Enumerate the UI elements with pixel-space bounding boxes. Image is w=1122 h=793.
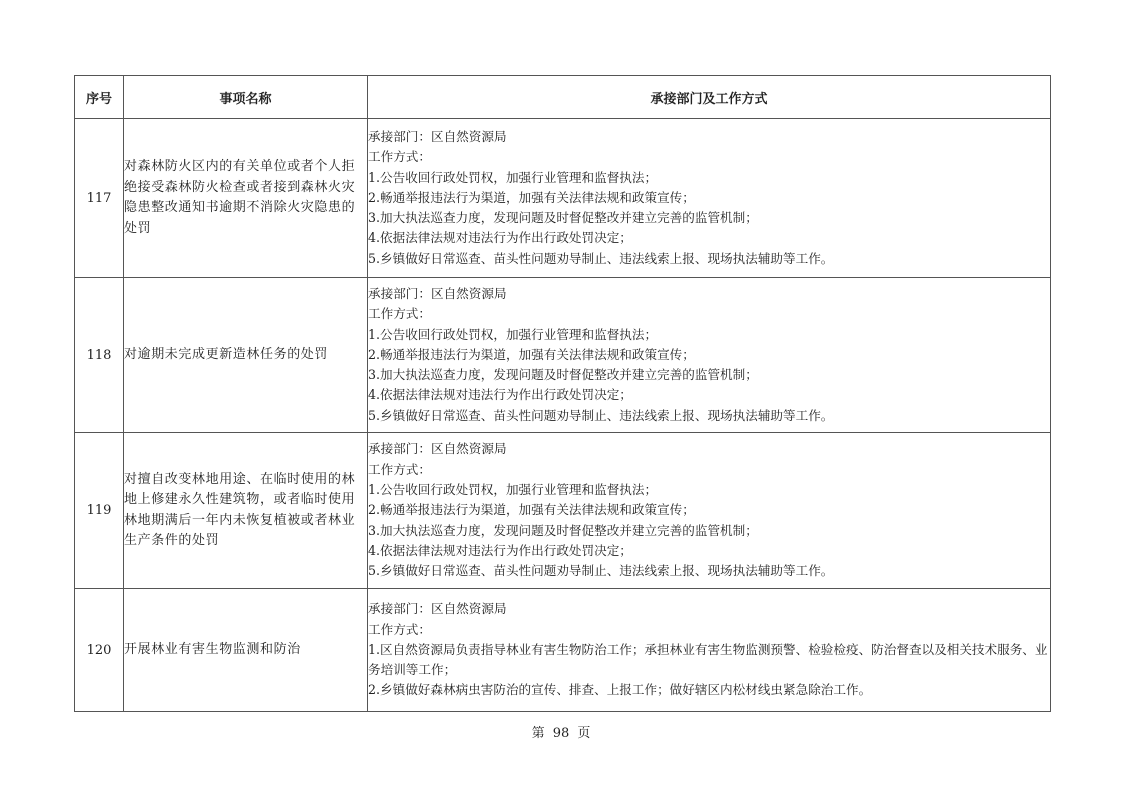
method-item: 4.依据法律法规对违法行为作出行政处罚决定； — [368, 385, 1050, 405]
header-serial-number: 序号 — [75, 76, 124, 119]
method-item: 1.公告收回行政处罚权，加强行业管理和监督执法； — [368, 168, 1050, 188]
row-number: 117 — [75, 119, 124, 278]
method-item: 2.畅通举报违法行为渠道，加强有关法律法规和政策宣传； — [368, 500, 1050, 520]
method-item: 3.加大执法巡查力度，发现问题及时督促整改并建立完善的监管机制； — [368, 208, 1050, 228]
department-and-method: 承接部门：区自然资源局 工作方式： 1.公告收回行政处罚权，加强行业管理和监督执… — [368, 278, 1051, 433]
department-and-method: 承接部门：区自然资源局 工作方式： 1.区自然资源局负责指导林业有害生物防治工作… — [368, 589, 1051, 712]
table-row: 118 对逾期未完成更新造林任务的处罚 承接部门：区自然资源局 工作方式： 1.… — [75, 278, 1051, 433]
method-item: 5.乡镇做好日常巡查、苗头性问题劝导制止、违法线索上报、现场执法辅助等工作。 — [368, 249, 1050, 269]
matter-name: 对擅自改变林地用途、在临时使用的林地上修建永久性建筑物，或者临时使用林地期满后一… — [124, 433, 368, 589]
row-number: 118 — [75, 278, 124, 433]
method-label: 工作方式： — [368, 304, 1050, 324]
method-item: 4.依据法律法规对违法行为作出行政处罚决定； — [368, 541, 1050, 561]
matter-name: 对逾期未完成更新造林任务的处罚 — [124, 278, 368, 433]
method-item: 5.乡镇做好日常巡查、苗头性问题劝导制止、违法线索上报、现场执法辅助等工作。 — [368, 406, 1050, 426]
method-item: 1.公告收回行政处罚权，加强行业管理和监督执法； — [368, 325, 1050, 345]
method-item: 4.依据法律法规对违法行为作出行政处罚决定； — [368, 228, 1050, 248]
method-label: 工作方式： — [368, 147, 1050, 167]
method-item: 2.畅通举报违法行为渠道，加强有关法律法规和政策宣传； — [368, 188, 1050, 208]
department-and-method: 承接部门：区自然资源局 工作方式： 1.公告收回行政处罚权，加强行业管理和监督执… — [368, 119, 1051, 278]
department-line: 承接部门：区自然资源局 — [368, 599, 1050, 619]
method-item: 5.乡镇做好日常巡查、苗头性问题劝导制止、违法线索上报、现场执法辅助等工作。 — [368, 561, 1050, 581]
department-and-method: 承接部门：区自然资源局 工作方式： 1.公告收回行政处罚权，加强行业管理和监督执… — [368, 433, 1051, 589]
matter-name: 开展林业有害生物监测和防治 — [124, 589, 368, 712]
method-item: 3.加大执法巡查力度，发现问题及时督促整改并建立完善的监管机制； — [368, 521, 1050, 541]
method-item: 2.畅通举报违法行为渠道，加强有关法律法规和政策宣传； — [368, 345, 1050, 365]
table-row: 117 对森林防火区内的有关单位或者个人拒绝接受森林防火检查或者接到森林火灾隐患… — [75, 119, 1051, 278]
method-label: 工作方式： — [368, 620, 1050, 640]
table-row: 119 对擅自改变林地用途、在临时使用的林地上修建永久性建筑物，或者临时使用林地… — [75, 433, 1051, 589]
row-number: 120 — [75, 589, 124, 712]
header-matter-name: 事项名称 — [124, 76, 368, 119]
method-item: 1.区自然资源局负责指导林业有害生物防治工作；承担林业有害生物监测预警、检验检疫… — [368, 640, 1050, 681]
page-number: 第 98 页 — [0, 722, 1122, 741]
row-number: 119 — [75, 433, 124, 589]
table-header-row: 序号 事项名称 承接部门及工作方式 — [75, 76, 1051, 119]
department-line: 承接部门：区自然资源局 — [368, 439, 1050, 459]
department-line: 承接部门：区自然资源局 — [368, 284, 1050, 304]
header-department-and-method: 承接部门及工作方式 — [368, 76, 1051, 119]
matter-name: 对森林防火区内的有关单位或者个人拒绝接受森林防火检查或者接到森林火灾隐患整改通知… — [124, 119, 368, 278]
table-row: 120 开展林业有害生物监测和防治 承接部门：区自然资源局 工作方式： 1.区自… — [75, 589, 1051, 712]
department-line: 承接部门：区自然资源局 — [368, 127, 1050, 147]
method-item: 2.乡镇做好森林病虫害防治的宣传、排查、上报工作；做好辖区内松材线虫紧急除治工作… — [368, 680, 1050, 700]
method-item: 3.加大执法巡查力度，发现问题及时督促整改并建立完善的监管机制； — [368, 365, 1050, 385]
method-label: 工作方式： — [368, 460, 1050, 480]
matters-table: 序号 事项名称 承接部门及工作方式 117 对森林防火区内的有关单位或者个人拒绝… — [74, 75, 1051, 712]
method-item: 1.公告收回行政处罚权，加强行业管理和监督执法； — [368, 480, 1050, 500]
